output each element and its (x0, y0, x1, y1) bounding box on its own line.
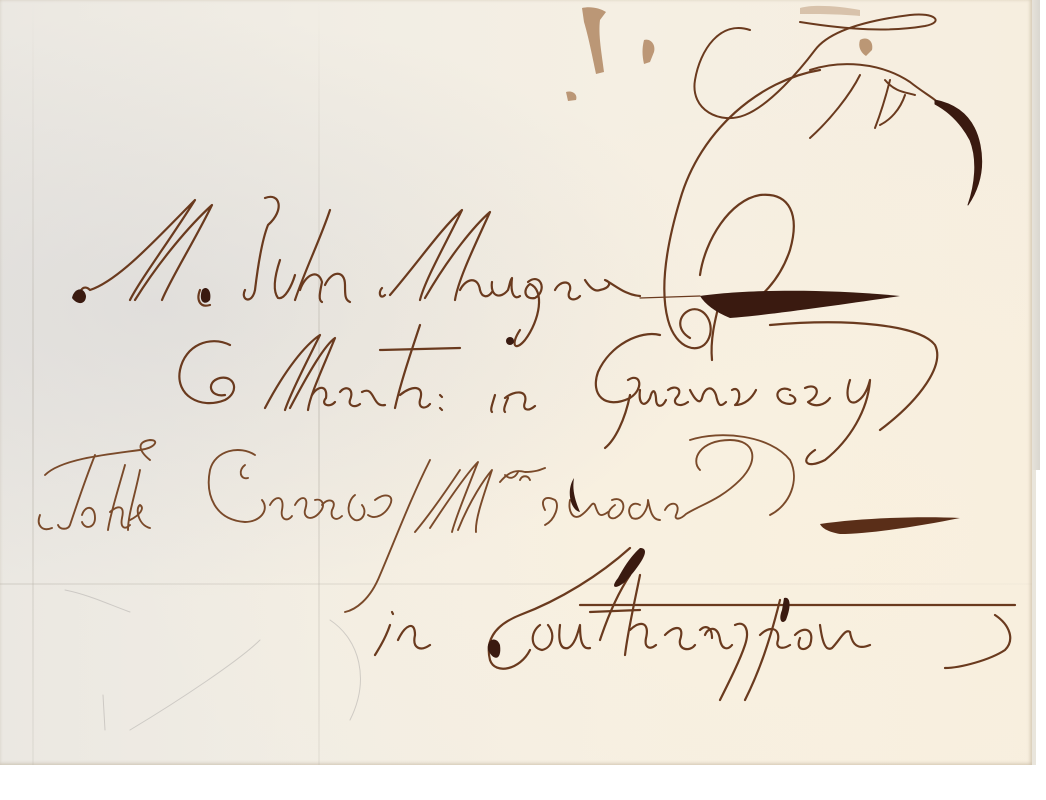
top-flourish-hook (935, 100, 982, 205)
address-line-1-ink (80, 197, 640, 346)
address-line-4-ink (375, 548, 1015, 700)
top-flourish (694, 14, 935, 138)
handwriting-layer (0, 0, 1046, 800)
address-line-3-ink (39, 435, 794, 612)
postmark-stain (566, 6, 872, 101)
strike-mark-right (820, 517, 960, 534)
pencil-marks (65, 590, 360, 730)
rate-strike-bar (700, 291, 900, 318)
address-line-2-ink (179, 322, 937, 464)
